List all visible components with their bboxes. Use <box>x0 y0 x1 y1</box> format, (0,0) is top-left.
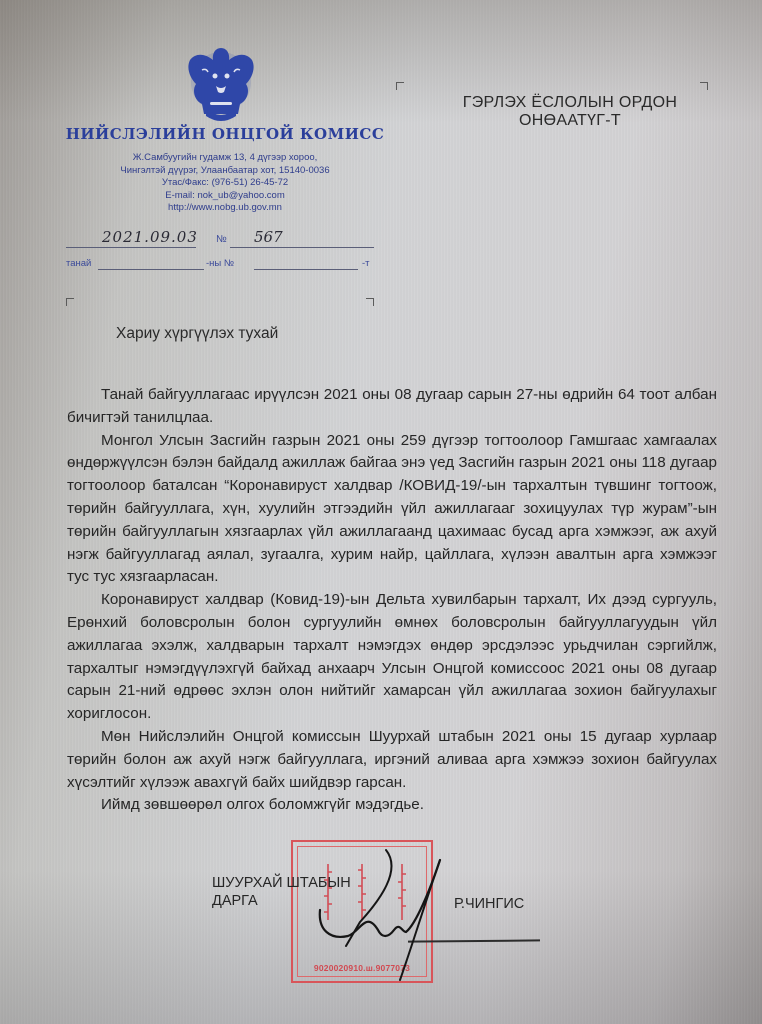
reference-date-number: 2021.09.03 № 567 <box>66 228 374 250</box>
recipient: ГЭРЛЭХ ЁСЛОЛЫН ОРДОН ОНӨААТҮГ-Т <box>440 94 700 130</box>
body-paragraph: Монгол Улсын Засгийн газрын 2021 оны 259… <box>67 430 717 590</box>
your-number-underline <box>254 269 358 270</box>
number-underline <box>230 247 374 248</box>
body-paragraph: Танай байгууллагаас ирүүлсэн 2021 оны 08… <box>67 384 717 430</box>
document-number: 567 <box>254 228 283 246</box>
body-paragraph: Иймд зөвшөөрөл олгох боломжгүйг мэдэгдье… <box>67 794 717 817</box>
handwritten-signature-icon <box>290 840 450 990</box>
email: E-mail: nok_ub@yahoo.com <box>60 190 390 203</box>
recipient-line-1: ГЭРЛЭХ ЁСЛОЛЫН ОРДОН <box>440 94 700 112</box>
phone-fax: Утас/Факс: (976-51) 26-45-72 <box>60 177 390 190</box>
organization-name: НИЙСЛЭЛИЙН ОНЦГОЙ КОМИСС <box>60 125 390 143</box>
your-suffix: -т <box>362 258 370 269</box>
state-emblem-icon <box>180 42 262 122</box>
signatory-name: Р.ЧИНГИС <box>454 896 524 912</box>
number-label: № <box>216 234 227 245</box>
your-number-label: -ны № <box>206 258 234 269</box>
date-underline <box>66 247 196 248</box>
body-paragraph: Коронавируст халдвар (Ковид-19)-ын Дельт… <box>67 589 717 726</box>
corner-mark <box>366 298 374 306</box>
reply-reference: танай -ны № -т <box>66 256 378 272</box>
address-line-2: Чингэлтэй дүүрэг, Улаанбаатар хот, 15140… <box>60 165 390 178</box>
address-line-1: Ж.Самбуугийн гудамж 13, 4 дүгээр хороо, <box>60 152 390 165</box>
your-date-underline <box>98 269 204 270</box>
your-label: танай <box>66 258 91 269</box>
letter-body: Танай байгууллагаас ирүүлсэн 2021 оны 08… <box>67 384 717 817</box>
organization-contact: Ж.Самбуугийн гудамж 13, 4 дүгээр хороо, … <box>60 152 390 215</box>
website: http://www.nobg.ub.gov.mn <box>60 202 390 215</box>
corner-mark <box>66 298 74 306</box>
recipient-line-2: ОНӨААТҮГ-Т <box>440 112 700 130</box>
body-paragraph: Мөн Нийслэлийн Онцгой комиссын Шуурхай ш… <box>67 726 717 794</box>
letter-subject: Хариу хүргүүлэх тухай <box>116 325 278 343</box>
corner-mark <box>700 82 708 90</box>
document-date: 2021.09.03 <box>102 228 198 246</box>
corner-mark <box>396 82 404 90</box>
